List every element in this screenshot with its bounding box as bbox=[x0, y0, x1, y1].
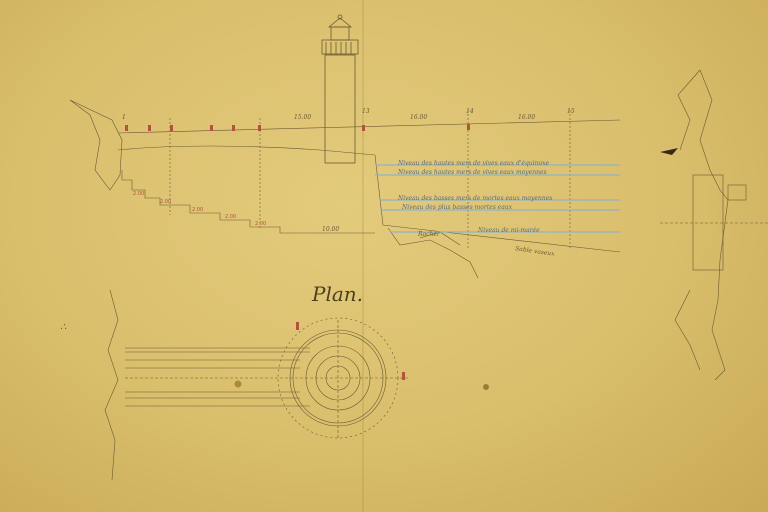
step-dimension: 2.00 bbox=[255, 221, 266, 227]
lighthouse-elevation bbox=[322, 15, 358, 163]
water-level-label: Niveau des hautes mers de vives eaux moy… bbox=[398, 169, 547, 176]
lighthouse-plan bbox=[105, 290, 410, 480]
segment-length: 16.00 bbox=[410, 114, 427, 121]
station-number: 14 bbox=[466, 108, 474, 115]
step-dimension: 2.00 bbox=[133, 191, 144, 197]
step-dimension: 2.00 bbox=[160, 199, 171, 205]
segment-length: 16.00 bbox=[518, 114, 535, 121]
rock-label: Rocher bbox=[418, 231, 440, 238]
drawing-sheet: Plan. Niveau des hautes mers de vives ea… bbox=[0, 0, 768, 512]
station-number: 13 bbox=[362, 108, 370, 115]
station-number: 15 bbox=[567, 108, 575, 115]
cross-section bbox=[660, 70, 768, 380]
segment-length: 10.00 bbox=[322, 226, 339, 233]
spot-marks: ∴ bbox=[60, 322, 66, 333]
water-level-label: Niveau de mi-marée bbox=[478, 227, 540, 234]
technical-drawing bbox=[0, 0, 768, 512]
plan-title: Plan. bbox=[312, 282, 363, 306]
segment-length: 15.00 bbox=[294, 114, 311, 121]
water-level-label: Niveau des basses mers de mortes eaux mo… bbox=[398, 195, 552, 202]
water-level-label: Niveau des plus basses mortes eaux bbox=[402, 204, 512, 211]
station-number: 1 bbox=[122, 114, 126, 121]
step-dimension: 2.00 bbox=[192, 207, 203, 213]
step-dimension: 2.00 bbox=[225, 214, 236, 220]
water-level-label: Niveau des hautes mers de vives eaux d'é… bbox=[398, 160, 549, 167]
